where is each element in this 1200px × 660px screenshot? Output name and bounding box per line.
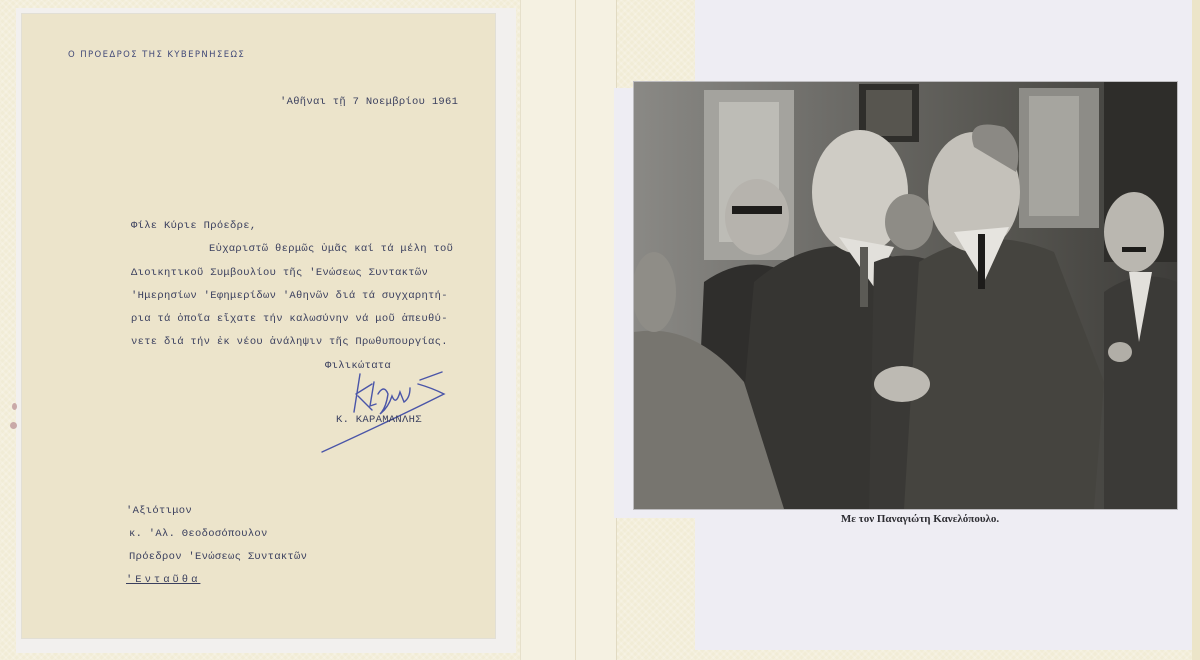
black-and-white-photograph — [634, 82, 1177, 509]
address-line-underlined: 'Ενταῦθα — [126, 574, 200, 586]
stain-mark — [10, 422, 17, 429]
letterhead: Ο ΠΡΟΕΔΡΟΣ ΤΗΣ ΚΥΒΕΡΝΗΣΕΩΣ — [68, 50, 245, 60]
address-line: 'Αξιότιμον — [126, 505, 192, 517]
body-line: νετε διά τήν ἐκ νέου ἀνάληψιν τῆς Πρωθυπ… — [131, 336, 448, 348]
body-line: 'Ημερησίων 'Εφημερίδων 'Αθηνῶν διά τά συ… — [131, 290, 448, 302]
signature-scribble-icon — [312, 354, 462, 454]
signatory-name: Κ. ΚΑΡΑΜΑΝΛΗΣ — [336, 414, 422, 426]
album-right-edge — [1192, 0, 1200, 660]
date-line: 'Αθῆναι τῇ 7 Νοεμβρίου 1961 — [280, 96, 458, 108]
address-line: κ. 'Αλ. Θεοδοσόπουλον — [129, 528, 268, 540]
stain-mark — [12, 403, 17, 410]
photo-caption: Με τον Παναγιώτη Κανελόπουλο. — [760, 508, 1080, 525]
album-spine-crease — [575, 0, 576, 660]
body-line: Διοικητικοῦ Συμβουλίου τῆς 'Ενώσεως Συντ… — [131, 267, 428, 279]
body-line: ρια τά ὁποῖα εἴχατε τήν καλωσύνην νά μοῦ… — [131, 313, 448, 325]
handshake-photo-illustration — [634, 82, 1177, 509]
album-spine-fold — [520, 0, 617, 660]
body-line: Εὐχαριστῶ θερμῶς ὑμᾶς καί τά μέλη τοῦ — [209, 243, 453, 255]
address-line: Πρόεδρον 'Ενώσεως Συντακτῶν — [129, 551, 307, 563]
salutation: Φίλε Κύριε Πρόεδρε, — [131, 220, 256, 232]
letter-document: Ο ΠΡΟΕΔΡΟΣ ΤΗΣ ΚΥΒΕΡΝΗΣΕΩΣ 'Αθῆναι τῇ 7 … — [22, 14, 495, 638]
